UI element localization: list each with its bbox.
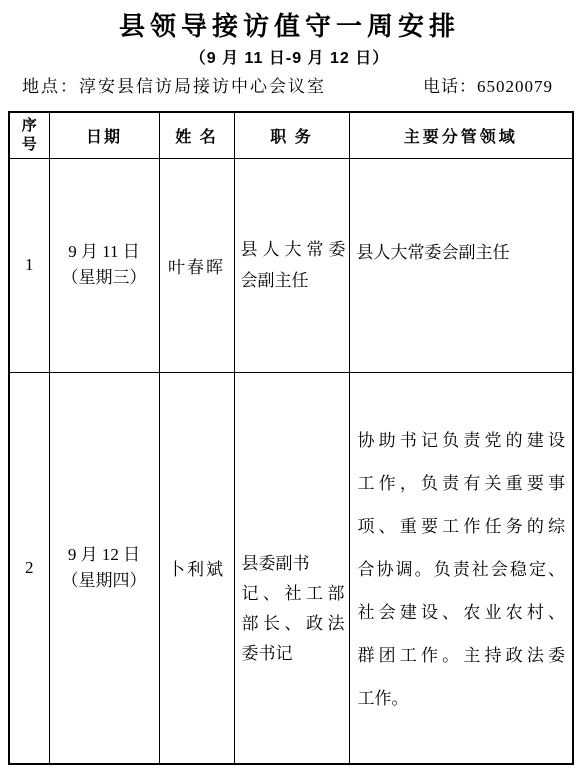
person-name: 卜利斌 — [168, 555, 225, 580]
col-header-seq-line1: 序 — [10, 116, 49, 135]
domain-line: 工作，负责有关重要事 — [358, 462, 566, 505]
page-title: 县领导接访值守一周安排 — [0, 6, 579, 43]
seq-cell-2: 2 — [9, 372, 49, 764]
name-cell-1: 叶春晖 — [159, 158, 234, 372]
title-line: 县人大常委 — [241, 234, 346, 265]
title-line: 会副主任 — [241, 265, 346, 296]
table-header-row: 序 号 日期 姓 名 职 务 主要分管领域 — [9, 112, 573, 158]
domain-line: 协助书记负责党的建设 — [358, 419, 566, 462]
col-header-seq-line2: 号 — [10, 135, 49, 154]
domain-cell-1: 县人大常委会副主任 — [349, 158, 573, 372]
seq-cell-1: 1 — [9, 158, 49, 372]
person-name: 叶春晖 — [168, 253, 225, 278]
seq-number: 1 — [25, 255, 34, 275]
domain-line: 社会建设、农业农村、 — [358, 591, 566, 634]
title-line: 记、社工部 — [242, 579, 345, 609]
info-row: 地点：淳安县信访局接访中心会议室 电话：65020079 — [22, 72, 553, 97]
date-line: 9 月 12 日 — [68, 542, 140, 568]
col-header-seq-text: 序 号 — [10, 116, 49, 154]
phone-text: 电话：65020079 — [423, 72, 553, 97]
title-line: 部长、政法 — [242, 609, 345, 639]
title-line: 县委副书 — [242, 549, 345, 579]
domain-line: 合协调。负责社会稳定、 — [358, 548, 566, 591]
col-header-seq: 序 号 — [9, 112, 49, 158]
date-line: （星期四） — [62, 568, 147, 594]
date-cell-2: 9 月 12 日 （星期四） — [49, 372, 159, 764]
seq-number: 2 — [25, 558, 34, 578]
date-line: 9 月 11 日 — [68, 239, 140, 265]
table-row: 1 9 月 11 日 （星期三） 叶春晖 县人大常委 会副主任 县人大常委会副主… — [9, 158, 573, 372]
name-cell-2: 卜利斌 — [159, 372, 234, 764]
table-row: 2 9 月 12 日 （星期四） 卜利斌 县委副书 记、社工部 部长、政法 委书… — [9, 372, 573, 764]
title-cell-2: 县委副书 记、社工部 部长、政法 委书记 — [234, 372, 349, 764]
col-header-name: 姓 名 — [159, 112, 234, 158]
date-line: （星期三） — [62, 265, 147, 291]
domain-line: 项、重要工作任务的综 — [358, 505, 566, 548]
domain-line: 工作。 — [358, 677, 566, 720]
page-subtitle: （9 月 11 日-9 月 12 日） — [0, 45, 579, 68]
date-cell-1: 9 月 11 日 （星期三） — [49, 158, 159, 372]
domain-line: 群团工作。主持政法委 — [358, 634, 566, 677]
domain-cell-2: 协助书记负责党的建设 工作，负责有关重要事 项、重要工作任务的综 合协调。负责社… — [349, 372, 573, 764]
col-header-date: 日期 — [49, 112, 159, 158]
col-header-title: 职 务 — [234, 112, 349, 158]
location-text: 地点：淳安县信访局接访中心会议室 — [22, 72, 326, 97]
title-cell-1: 县人大常委 会副主任 — [234, 158, 349, 372]
domain-line: 县人大常委会副主任 — [357, 243, 573, 263]
col-header-domain: 主要分管领域 — [349, 112, 573, 158]
schedule-table: 序 号 日期 姓 名 职 务 主要分管领域 1 9 月 11 日 （星期三） 叶… — [8, 111, 574, 765]
title-line: 委书记 — [242, 639, 345, 669]
document-page: { "page": { "title": "县领导接访值守一周安排", "sub… — [0, 0, 579, 776]
